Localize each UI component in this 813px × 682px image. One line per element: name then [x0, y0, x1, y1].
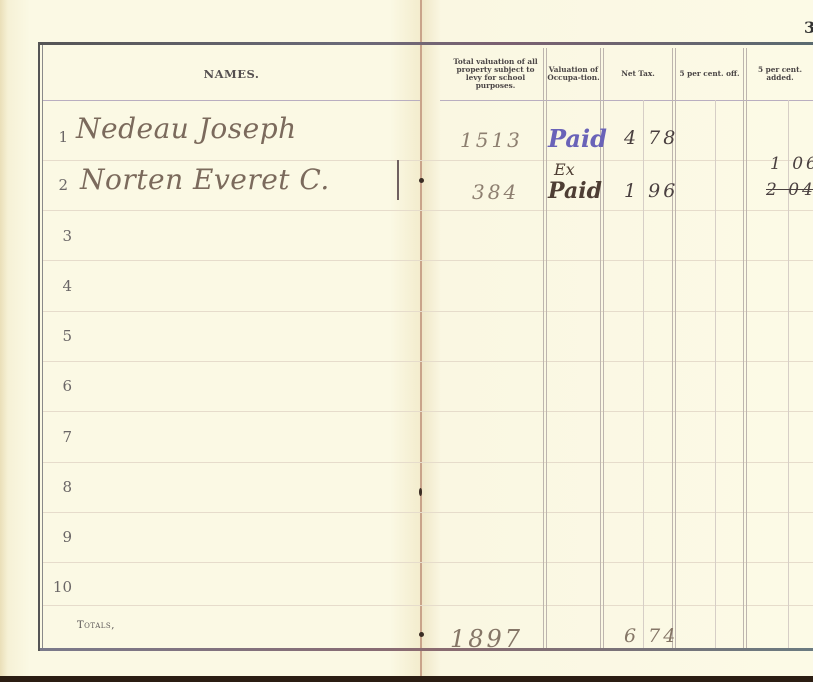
row-2-valuation: 384 [472, 180, 519, 204]
table-frame-top [38, 42, 813, 45]
header-valuation-occupation-text: Valuation of Occupa-tion. [547, 66, 600, 82]
row-1-valuation: 1513 [460, 128, 523, 152]
row-rule [43, 411, 813, 412]
header-total-valuation-text: Total valuation of all property subject … [448, 58, 543, 90]
header-valuation-occupation: Valuation of Occupa-tion. [547, 48, 600, 100]
table-frame-left [38, 42, 40, 651]
binding-stitch [419, 488, 422, 496]
row-rule [43, 311, 813, 312]
header-five-percent-off: 5 per cent. off. [676, 48, 743, 100]
header-five-percent-off-text: 5 per cent. off. [680, 70, 740, 78]
header-rule-right [440, 100, 813, 101]
table-frame-bottom [38, 648, 813, 651]
row-1-occupation: Paid [548, 124, 607, 153]
row-1-net-tax: 4 78 [624, 127, 678, 149]
row-rule [43, 605, 813, 606]
book-spine [420, 0, 422, 682]
row-rule [43, 462, 813, 463]
header-rule-left [43, 100, 420, 101]
totals-net-tax: 6 74 [624, 625, 678, 647]
row-rule [43, 210, 813, 211]
row-number: 9 [50, 528, 72, 546]
row-rule [43, 562, 813, 563]
header-net-tax-text: Net Tax. [621, 70, 655, 78]
header-net-tax: Net Tax. [604, 48, 672, 100]
column-divider [543, 48, 544, 648]
table-frame-left-inner [42, 45, 43, 648]
row-number: 2 [52, 176, 68, 194]
right-page [421, 0, 813, 676]
row-rule [43, 160, 813, 161]
header-five-percent-added: 5 per cent. added. [747, 48, 813, 100]
row-number: 6 [50, 377, 72, 395]
row-number: 8 [50, 478, 72, 496]
header-five-percent-added-text: 5 per cent. added. [747, 66, 813, 82]
totals-valuation: 1897 [450, 625, 523, 653]
page-number: 3 [804, 18, 813, 37]
book-bottom-edge [0, 676, 813, 682]
row-2-occupation: Paid [548, 178, 602, 204]
binding-stitch [419, 178, 424, 183]
row-1-name: Nedeau Joseph [76, 112, 297, 145]
row-number: 5 [50, 327, 72, 345]
binding-stitch [419, 632, 424, 637]
row-2-occupation-note: Ex [554, 160, 575, 179]
row-number: 4 [50, 277, 72, 295]
row-2-name: Norten Everet C. [80, 163, 330, 196]
row-number: 3 [50, 227, 72, 245]
cents-divider [715, 100, 716, 648]
column-divider [743, 48, 744, 648]
column-divider [546, 48, 547, 648]
row-rule [43, 512, 813, 513]
header-names: NAMES. [43, 48, 420, 100]
row-2-net-tax: 1 96 [624, 180, 678, 202]
row-1-five-added: 1 06 [770, 154, 813, 174]
header-total-valuation: Total valuation of all property subject … [448, 48, 543, 100]
row-number: 10 [50, 578, 72, 596]
pen-mark [397, 160, 399, 200]
row-number: 7 [50, 428, 72, 446]
row-number: 1 [52, 128, 68, 146]
row-2-five-added: 2 04 [766, 180, 813, 200]
column-divider [746, 48, 747, 648]
row-rule [43, 361, 813, 362]
row-rule [43, 260, 813, 261]
totals-label: Totals, [77, 620, 115, 631]
